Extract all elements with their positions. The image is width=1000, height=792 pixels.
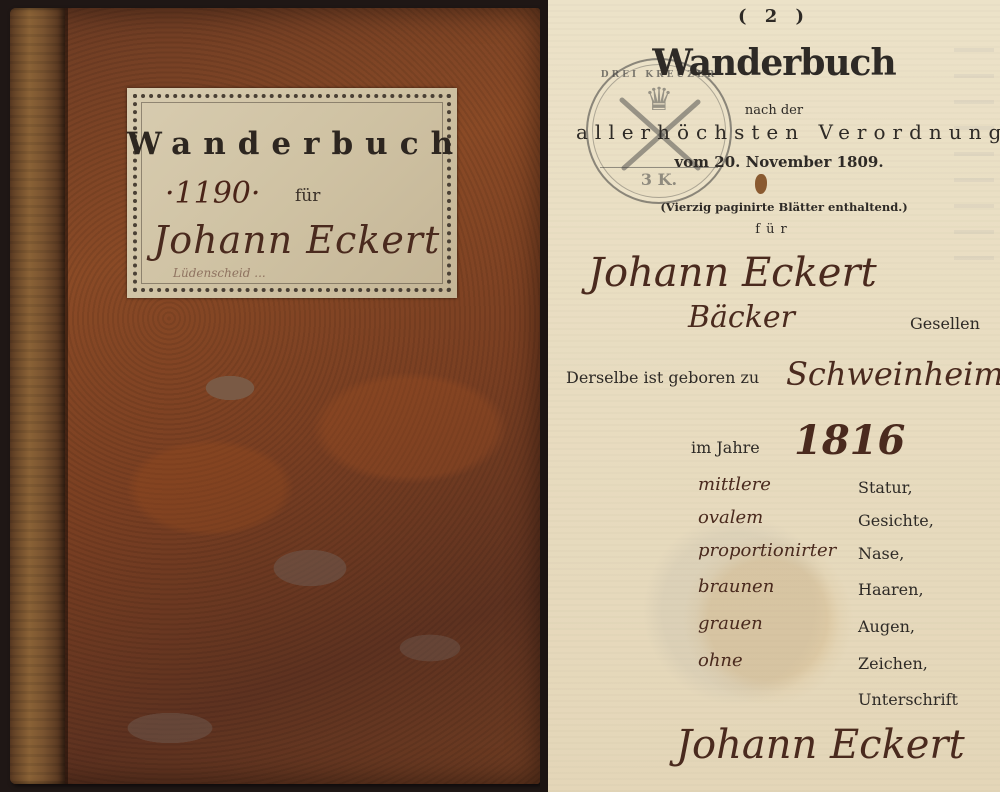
cover-label: Wanderbuch ·1190· für Johann Eckert Lüde…	[127, 88, 457, 298]
handwritten-trade: Bäcker	[688, 300, 795, 335]
image-divider	[540, 0, 548, 792]
line-verordnung: allerhöchsten Verordnung	[576, 120, 1000, 144]
handwritten-holder-name: Johann Eckert	[588, 250, 877, 296]
gesellen-label: Gesellen	[910, 314, 980, 333]
description-row: grauen Augen,	[548, 613, 1000, 645]
book-spine	[10, 8, 65, 784]
line-date: vom 20. November 1809.	[548, 153, 1000, 171]
description-row: ovalem Gesichte,	[548, 507, 1000, 539]
description-value: ovalem	[698, 507, 763, 528]
description-label: Unterschrift	[858, 690, 958, 709]
spine-crease	[65, 8, 68, 784]
document-title: Wanderbuch	[548, 42, 1000, 84]
description-row: ohne Zeichen,	[548, 650, 1000, 682]
description-label: Statur,	[858, 478, 913, 497]
line-fuer: für	[548, 222, 1000, 237]
handwritten-birth-year: 1816	[794, 417, 905, 464]
description-label: Augen,	[858, 617, 915, 636]
description-label: Nase,	[858, 544, 904, 563]
book-cover: Wanderbuch ·1190· für Johann Eckert Lüde…	[10, 8, 540, 784]
cover-label-number: ·1190·	[165, 176, 260, 211]
cover-label-faint-inscription: Lüdenscheid ...	[173, 266, 266, 280]
handwritten-birthplace: Schweinheim	[786, 355, 1000, 393]
description-value: ohne	[698, 650, 743, 671]
line-pages-note: (Vierzig paginirte Blätter enthaltend.)	[548, 200, 1000, 214]
description-label: Gesichte,	[858, 511, 934, 530]
description-label: Haaren,	[858, 580, 924, 599]
description-value: proportionirter	[698, 540, 836, 561]
cover-label-holder-name: Johann Eckert	[153, 218, 440, 262]
description-row: braunen Haaren,	[548, 576, 1000, 608]
description-value: grauen	[698, 613, 763, 634]
line-nach-der: nach der	[548, 103, 1000, 118]
stamp-value: 3 K.	[588, 170, 730, 189]
description-value: braunen	[698, 576, 774, 597]
ink-spot	[755, 174, 767, 194]
cover-label-fuer: für	[295, 186, 320, 206]
description-value: mittlere	[698, 474, 771, 495]
description-row: mittlere Statur,	[548, 474, 1000, 506]
description-label: Zeichen,	[858, 654, 928, 673]
cover-label-title: Wanderbuch	[127, 126, 457, 162]
born-label: Derselbe ist geboren zu	[566, 368, 759, 387]
description-row: proportionirter Nase,	[548, 540, 1000, 572]
year-label: im Jahre	[691, 438, 760, 457]
page-number: ( 2 )	[548, 6, 1000, 27]
handwritten-signature: Johann Eckert	[676, 722, 965, 768]
description-row: Unterschrift	[548, 686, 1000, 718]
document-page: ( 2 ) DREI KREUZER ♛ 3 K. Wanderbuch nac…	[548, 0, 1000, 792]
